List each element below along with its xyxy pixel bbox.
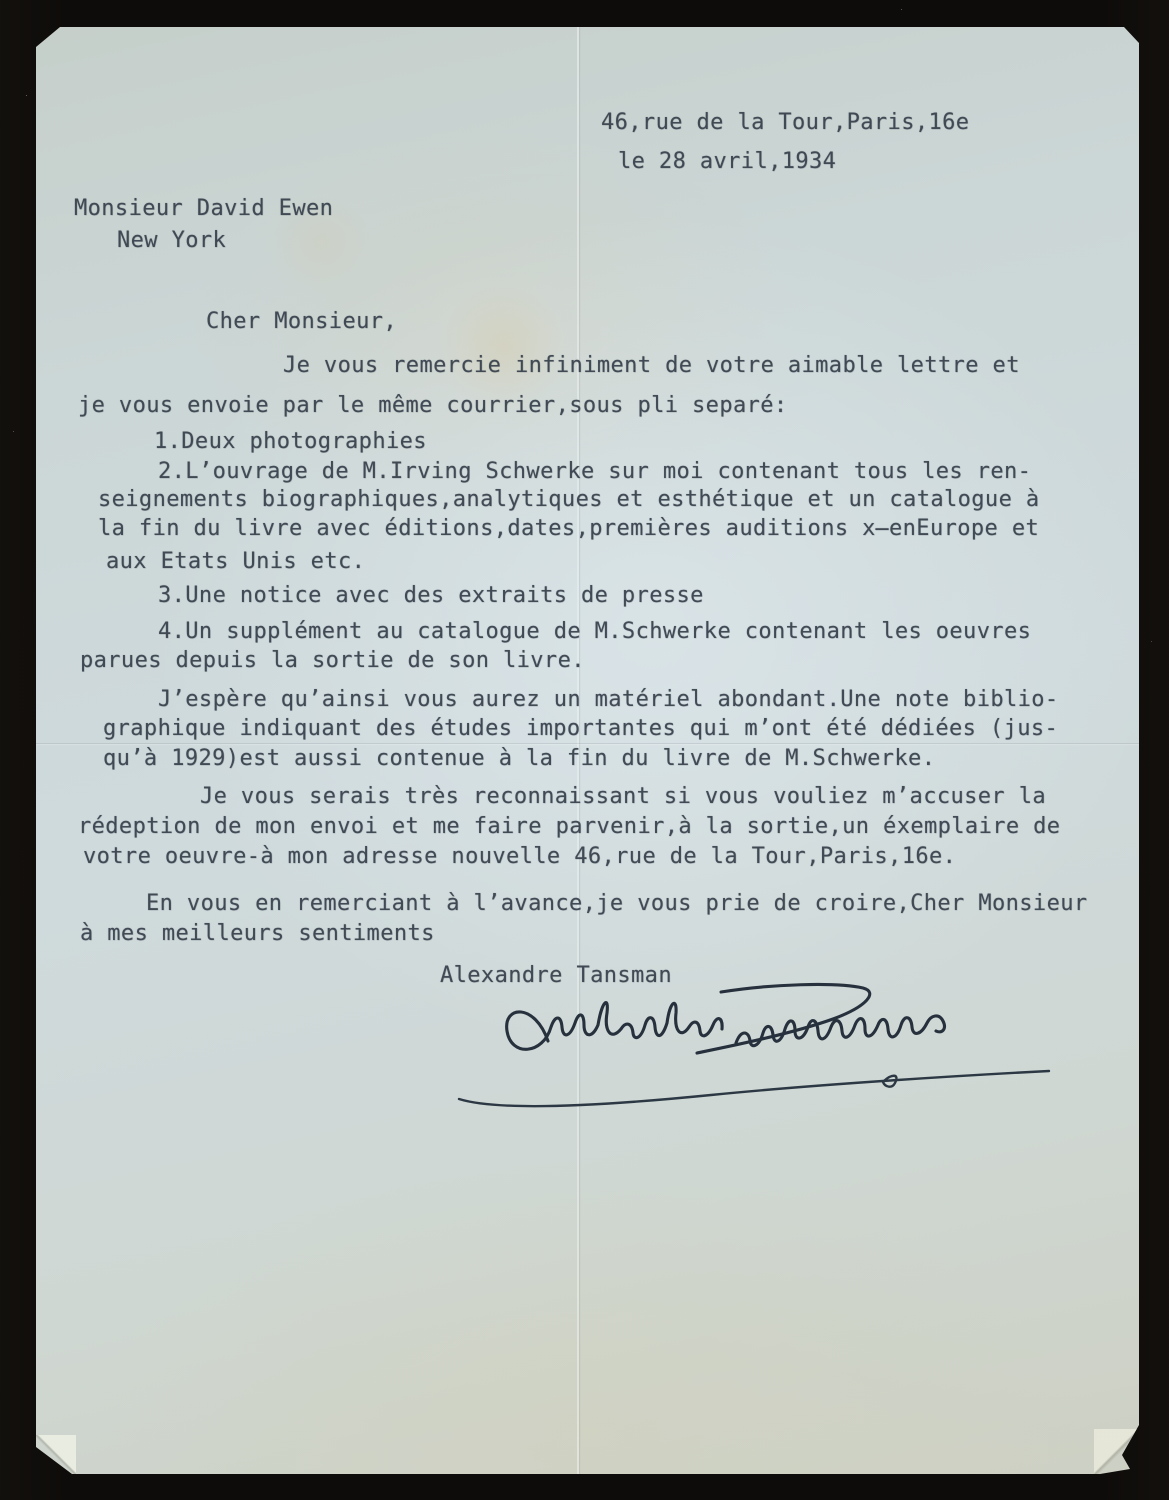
recipient-city: New York xyxy=(117,228,226,254)
horizontal-fold-crease xyxy=(36,743,1139,744)
closing-line: à mes meilleurs sentiments xyxy=(80,921,435,947)
handwritten-signature xyxy=(431,979,1071,1129)
recipient-name: Monsieur David Ewen xyxy=(74,196,333,222)
closing-line: En vous en remerciant à l’avance,je vous… xyxy=(146,891,1088,917)
scanned-letter-page: { "letter": { "sender_address": "46,rue … xyxy=(0,0,1169,1500)
salutation: Cher Monsieur, xyxy=(206,309,397,335)
body-line: rédeption de mon envoi et me faire parve… xyxy=(78,814,1060,840)
body-line: Je vous remercie infiniment de votre aim… xyxy=(283,353,1020,379)
body-line: la fin du livre avec éditions,dates,prem… xyxy=(98,516,1039,542)
body-line: 2.L’ouvrage de M.Irving Schwerke sur moi… xyxy=(158,459,1031,485)
body-line: qu’à 1929)est aussi contenue à la fin du… xyxy=(103,746,935,772)
body-line: je vous envoie par le même courrier,sous… xyxy=(78,393,788,419)
sender-address: 46,rue de la Tour,Paris,16e xyxy=(601,110,969,136)
body-line: seignements biographiques,analytiques et… xyxy=(98,487,1040,513)
body-line: votre oeuvre-à mon adresse nouvelle 46,r… xyxy=(83,844,956,870)
body-line: aux Etats Unis etc. xyxy=(106,549,365,575)
body-line: 3.Une notice avec des extraits de presse xyxy=(158,583,704,609)
date-line: le 28 avril,1934 xyxy=(618,149,836,175)
body-line: graphique indiquant des études important… xyxy=(103,716,1058,742)
letter-paper: 46,rue de la Tour,Paris,16e le 28 avril,… xyxy=(36,27,1139,1474)
body-line: J’espère qu’ainsi vous aurez un matériel… xyxy=(158,687,1059,713)
body-line: Je vous serais très reconnaissant si vou… xyxy=(200,784,1046,810)
body-line: 1.Deux photographies xyxy=(154,429,427,455)
body-line: parues depuis la sortie de son livre. xyxy=(80,648,585,674)
body-line: 4.Un supplément au catalogue de M.Schwer… xyxy=(158,619,1031,645)
